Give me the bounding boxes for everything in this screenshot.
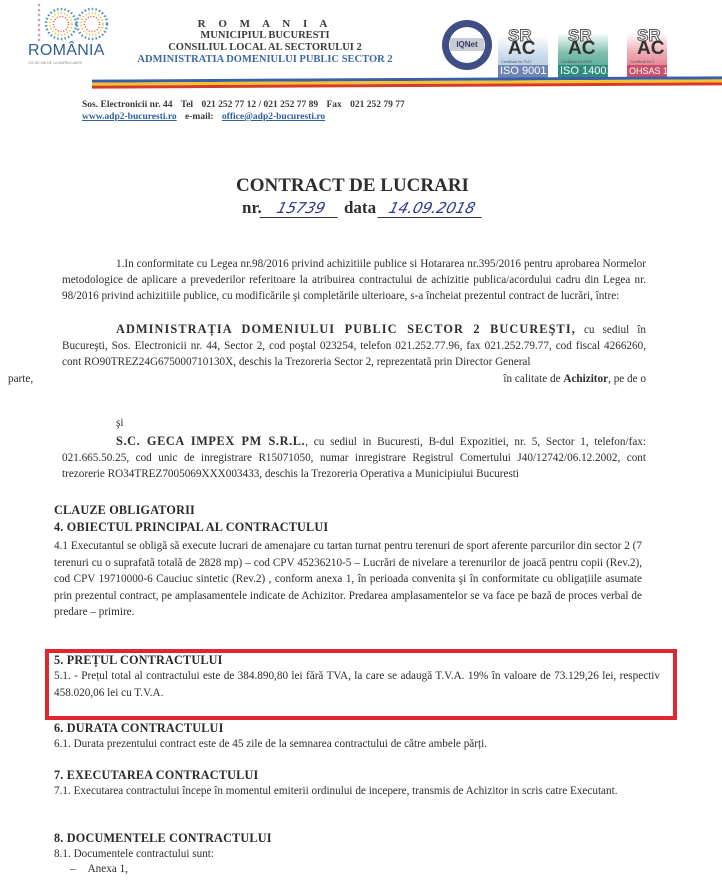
contract-title: CONTRACT DE LUCRARI	[0, 175, 722, 197]
email-link[interactable]: office@adp2-bucuresti.ro	[222, 112, 325, 122]
party-1-name: ADMINISTRAȚIA DOMENIULUI PUBLIC SECTOR 2…	[116, 322, 576, 336]
party-1-tail: parte,	[8, 371, 33, 387]
party-2-paragraph: S.C. GECA IMPEX PM S.R.L., cu sediul in …	[62, 433, 646, 491]
section-7-body: 7.1. Executarea contractului începe în m…	[54, 783, 642, 800]
contact-line-2: www.adp2-bucuresti.ro e-mail: office@adp…	[82, 111, 411, 123]
fax-label: Fax	[326, 100, 341, 110]
contract-number-handwritten: 15739	[259, 199, 342, 218]
clauze-heading: CLAUZE OBLIGATORII	[54, 503, 195, 518]
header-council: CONSILIUL LOCAL AL SECTORULUI 2	[110, 42, 420, 54]
iqnet-label: IQNet	[450, 38, 484, 51]
section-8-heading: 8. DOCUMENTELE CONTRACTULUI	[54, 831, 272, 846]
tel-value: 021 252 77 12 / 021 252 77 89	[201, 100, 318, 110]
srac-ohsas-badge: SR AC Certificat Nr.1 OHSAS 18	[627, 28, 667, 78]
iqnet-certified-seal-icon: IQNet	[442, 20, 492, 70]
centenary-logo: ROMÂNIA 100 DE ANI DE LA MAREA UNIRE	[28, 2, 108, 66]
contract-number-line: nr.15739 data 14.09.2018	[242, 198, 484, 218]
section-6-body: 6.1. Durata prezentului contract este de…	[54, 736, 642, 753]
list-item-label: Anexa 1,	[88, 863, 128, 875]
address: Sos. Electronicii nr. 44	[82, 100, 173, 110]
header-municipality: MUNICIPIUL BUCURESTI	[110, 30, 420, 42]
intro-paragraph: 1.In conformitate cu Legea nr.98/2016 pr…	[62, 256, 646, 305]
date-label: data	[344, 198, 376, 217]
tel-label: Tel	[181, 100, 193, 110]
section-7-heading: 7. EXECUTAREA CONTRACTULUI	[54, 768, 258, 783]
header-administration: ADMINISTRATIA DOMENIULUI PUBLIC SECTOR 2	[110, 54, 420, 66]
party-1-paragraph: ADMINISTRAȚIA DOMENIULUI PUBLIC SECTOR 2…	[62, 321, 646, 387]
contact-line-1: Sos. Electronicii nr. 44 Tel 021 252 77 …	[82, 99, 411, 111]
email-label: e-mail:	[185, 112, 214, 122]
party-1-role: în calitate de Achizitor, pe de o	[449, 371, 646, 387]
section-4-heading: 4. OBIECTUL PRINCIPAL AL CONTRACTULUI	[54, 520, 328, 535]
section-8-body: 8.1. Documentele contractului sunt:	[54, 846, 642, 863]
section-4-body: 4.1 Executantul se obligă să execute luc…	[54, 538, 642, 621]
section-6-heading: 6. DURATA CONTRACTULUI	[54, 721, 224, 736]
tricolor-divider	[92, 76, 722, 88]
section-5-heading: 5. PREȚUL CONTRACTULUI	[54, 653, 223, 668]
fax-value: 021 252 79 77	[350, 100, 405, 110]
website-link[interactable]: www.adp2-bucuresti.ro	[82, 112, 177, 122]
party-2-name: S.C. GECA IMPEX PM S.R.L.	[116, 434, 305, 448]
dash-bullet: –	[70, 863, 76, 875]
list-item: –Anexa 1,	[70, 863, 128, 875]
srac-iso-14001-badge: SR AC Certificat Nr.2600 ISO 14001	[558, 28, 608, 78]
institution-header: R O M A N I A MUNICIPIUL BUCURESTI CONSI…	[110, 18, 420, 66]
srac-iso-9001-badge: SR AC Certificat Nr.7517 ISO 9001	[498, 28, 548, 78]
centenary-100-icon	[36, 2, 110, 44]
page-cut	[0, 490, 722, 498]
iso-9001-label: ISO 9001	[498, 65, 548, 78]
contract-date-handwritten: 14.09.2018	[378, 199, 487, 218]
conjunction: şi	[116, 417, 123, 429]
contact-block: Sos. Electronicii nr. 44 Tel 021 252 77 …	[82, 99, 411, 123]
section-5-body: 5.1. - Prețul total al contractului este…	[54, 668, 660, 701]
nr-label: nr.	[242, 198, 262, 217]
header-country: R O M A N I A	[110, 18, 420, 30]
